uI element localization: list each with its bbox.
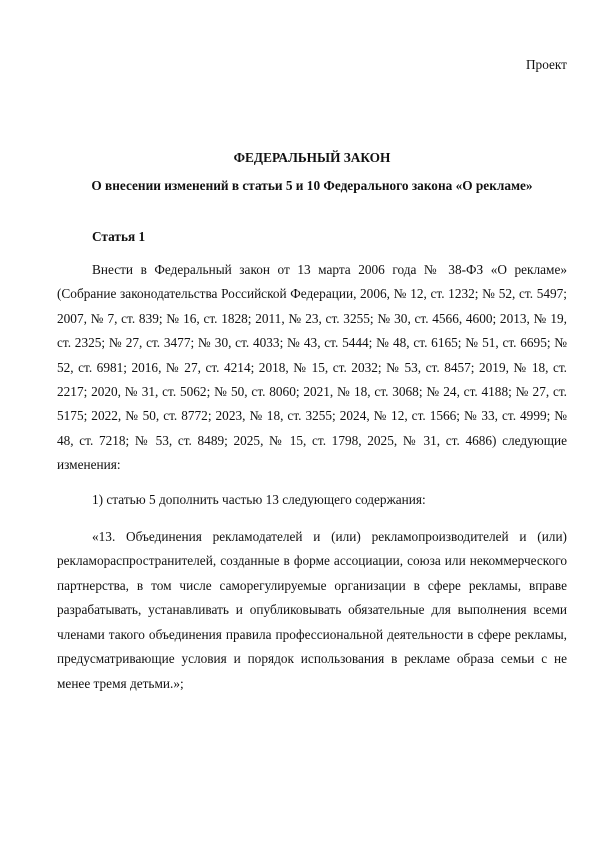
document-title: ФЕДЕРАЛЬНЫЙ ЗАКОН (57, 150, 567, 166)
paragraph-amendment-intro: Внести в Федеральный закон от 13 марта 2… (57, 258, 567, 478)
article-heading: Статья 1 (92, 229, 145, 245)
draft-stamp: Проект (526, 57, 567, 73)
paragraph-item-1: 1) статью 5 дополнить частью 13 следующе… (57, 488, 567, 512)
document-body: Внести в Федеральный закон от 13 марта 2… (57, 258, 567, 696)
document-subtitle: О внесении изменений в статьи 5 и 10 Фед… (57, 178, 567, 194)
paragraph-part-13: «13. Объединения рекламодателей и (или) … (57, 525, 567, 696)
